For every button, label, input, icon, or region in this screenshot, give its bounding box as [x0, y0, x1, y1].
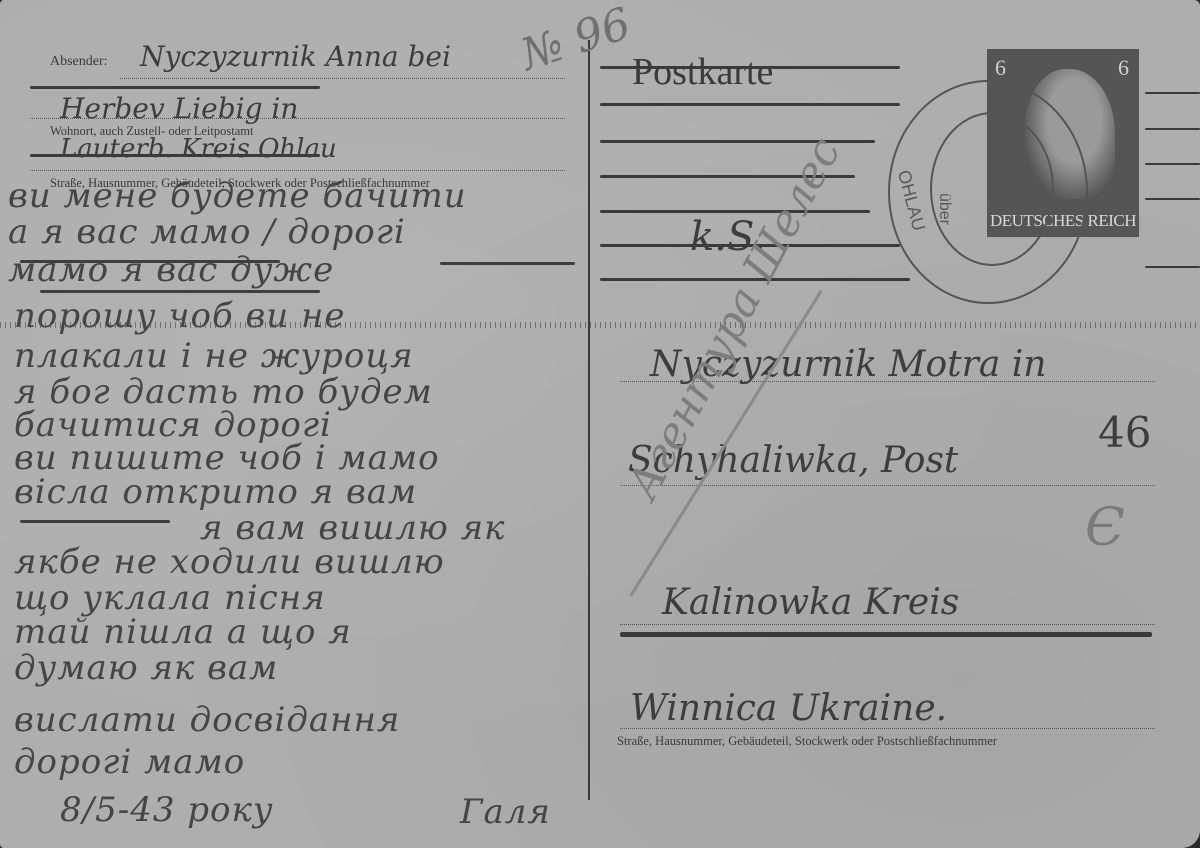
- sender-line-3: Lauterb. Kreis Ohlau: [60, 134, 337, 164]
- address-dotline-4: [620, 728, 1155, 729]
- cancel-bar: [600, 103, 900, 106]
- cancel-bar: [1145, 266, 1200, 268]
- message-line: думаю як вам: [14, 648, 278, 688]
- perforation-line: [0, 322, 1200, 328]
- message-line: якбе не ходили вишлю: [14, 542, 445, 582]
- message-line: вісла открито я вам: [14, 472, 417, 512]
- sender-dotline-3: [30, 170, 565, 171]
- stamp-value-left: 6: [995, 55, 1006, 81]
- cancel-bar: [600, 210, 870, 213]
- sender-line-2: Herbev Liebig in: [60, 92, 298, 125]
- postmark-inner-ring: [930, 112, 1054, 266]
- card-title: Postkarte: [632, 50, 773, 94]
- message-line: вислати досвідання: [14, 700, 400, 740]
- message-line: ви мене будете бачити: [8, 176, 467, 216]
- address-dotline-3: [620, 624, 1155, 625]
- recipient-district: Kalinowka Kreis: [662, 582, 959, 623]
- message-line: дорогі мамо: [14, 742, 245, 782]
- cancel-bar: [600, 140, 875, 143]
- strike-bar: [20, 520, 170, 523]
- message-line: плакали і не журоця: [14, 336, 414, 376]
- cancel-bar: [1145, 198, 1200, 200]
- cancel-bar: [1145, 128, 1200, 130]
- strasse-label-recipient: Straße, Hausnummer, Gebäudeteil, Stockwe…: [617, 734, 997, 749]
- message-line: порошу чоб ви не: [14, 296, 346, 336]
- side-mark: Є: [1085, 498, 1125, 558]
- card-divider: [588, 40, 590, 800]
- strike-bar: [40, 290, 320, 293]
- address-underline: [620, 632, 1152, 637]
- strike-bar: [20, 260, 280, 263]
- cancel-bar: [1145, 92, 1200, 94]
- recipient-village-number: 46: [1098, 408, 1151, 457]
- postcard: Absender: Wohnort, auch Zustell- oder Le…: [0, 0, 1200, 848]
- postmark-via: über: [935, 193, 953, 225]
- strike-bar: [30, 86, 320, 89]
- cancel-bar: [600, 66, 900, 69]
- cancel-bar: [1145, 163, 1200, 165]
- message-line: а я вас мамо / дорогі: [8, 212, 406, 252]
- recipient-region: Winnica Ukraine.: [630, 688, 947, 729]
- stamp-value-right: 6: [1118, 55, 1129, 81]
- sender-name: Nyczyzurnik Anna bei: [140, 40, 451, 73]
- sender-dotline-1: [120, 78, 565, 79]
- message-signature: Галя: [460, 792, 551, 832]
- message-line: тай пішла а що я: [14, 612, 352, 652]
- message-date: 8/5-43 року: [60, 790, 274, 830]
- absender-label: Absender:: [50, 54, 108, 70]
- strike-bar: [440, 262, 575, 265]
- message-line: мамо я вас дуже: [8, 250, 334, 290]
